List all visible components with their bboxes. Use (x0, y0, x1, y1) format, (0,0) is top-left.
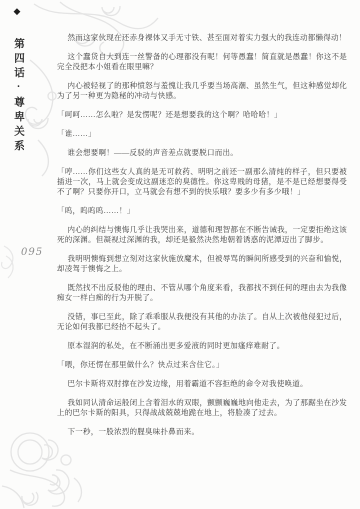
narrative-paragraph: 内心被轻视了的那种愤怒与羞愧让我几乎要当场高潮、虽然生气，但这种感觉却化为了另一… (57, 81, 347, 101)
narrative-paragraph: 既然找不出反驳他的理由、不管从哪个角度来看，我都找不到任何的理由去为我像痴女一样… (57, 283, 347, 303)
novel-page: ◆ 第四话·尊卑关系 095 然而这家伙现在还赤身裸体又手无寸铁、甚至面对着实力… (0, 0, 360, 509)
narrative-paragraph: 原本湿润的私处，在不断涌出更多爱液的同时更加瘙痒难耐了。 (57, 341, 347, 351)
chapter-title: 第四话·尊卑关系 (13, 38, 24, 155)
narrative-paragraph: 内心的纠结与懊悔几乎让我哭出来，道德和理智都在不断告诫我，一定要拒绝这该死的深渊… (57, 225, 347, 245)
diamond-icon: ◆ (13, 7, 23, 21)
dialogue-paragraph: 「哼……你们这些女人真的是无可救药、明明之前还一副那么清纯的样子，但只要被插进一… (57, 167, 347, 197)
dialogue-paragraph: 「呜，呜呜呜……！」 (57, 206, 347, 216)
narrative-paragraph: 谁会想要啊！——反驳的声音差点就要脱口而出。 (57, 148, 347, 158)
chapter-title-block: ◆ 第四话·尊卑关系 (9, 7, 27, 197)
narrative-paragraph: 然而这家伙现在还赤身裸体又手无寸铁、甚至面对着实力强大的我连动都懒得动！ (57, 33, 347, 43)
narrative-paragraph: 下一秒，一股浓烈的腥臭味扑鼻而来。 (57, 427, 347, 437)
narrative-paragraph: 没错，事已至此，除了乖乖服从我便没有其他的办法了。自从上次被他侵犯过后，无论如何… (57, 312, 347, 332)
dialogue-paragraph: 「呵呵……怎么啦？是发愣呢？还是想要我的这个啊？哈哈哈！」 (57, 110, 347, 120)
dialogue-paragraph: 「谁……」 (57, 129, 347, 139)
narrative-paragraph: 我如同认清命运般闭上含着泪水的双眼，颤颤巍巍地向他走去，为了那踞坐在沙发上的巴尔… (57, 398, 347, 418)
text-column: 然而这家伙现在还赤身裸体又手无寸铁、甚至面对着实力强大的我连动都懒得动！这个蠢货… (57, 33, 347, 446)
dialogue-paragraph: 「喂，你还愣在那里做什么？快点过来含住它。」 (57, 360, 347, 370)
page-number-flourish (2, 246, 13, 278)
narrative-paragraph: 这个蠢货自大到连一丝警备的心理都没有呢！何等愚蠢！简直就是愚蠢！你这不是完全没把… (57, 52, 347, 72)
page-number: 095 (21, 247, 43, 258)
narrative-paragraph: 巴尔卡斯将双肘撑在沙发边缘，用着霸道不容拒绝的命令对我使唤道。 (57, 379, 347, 389)
narrative-paragraph: 我明明懊悔到想立刻对这家伙施放魔术，但被辱骂的瞬间所感受到的兴奋和愉悦，却凌驾于… (57, 254, 347, 274)
